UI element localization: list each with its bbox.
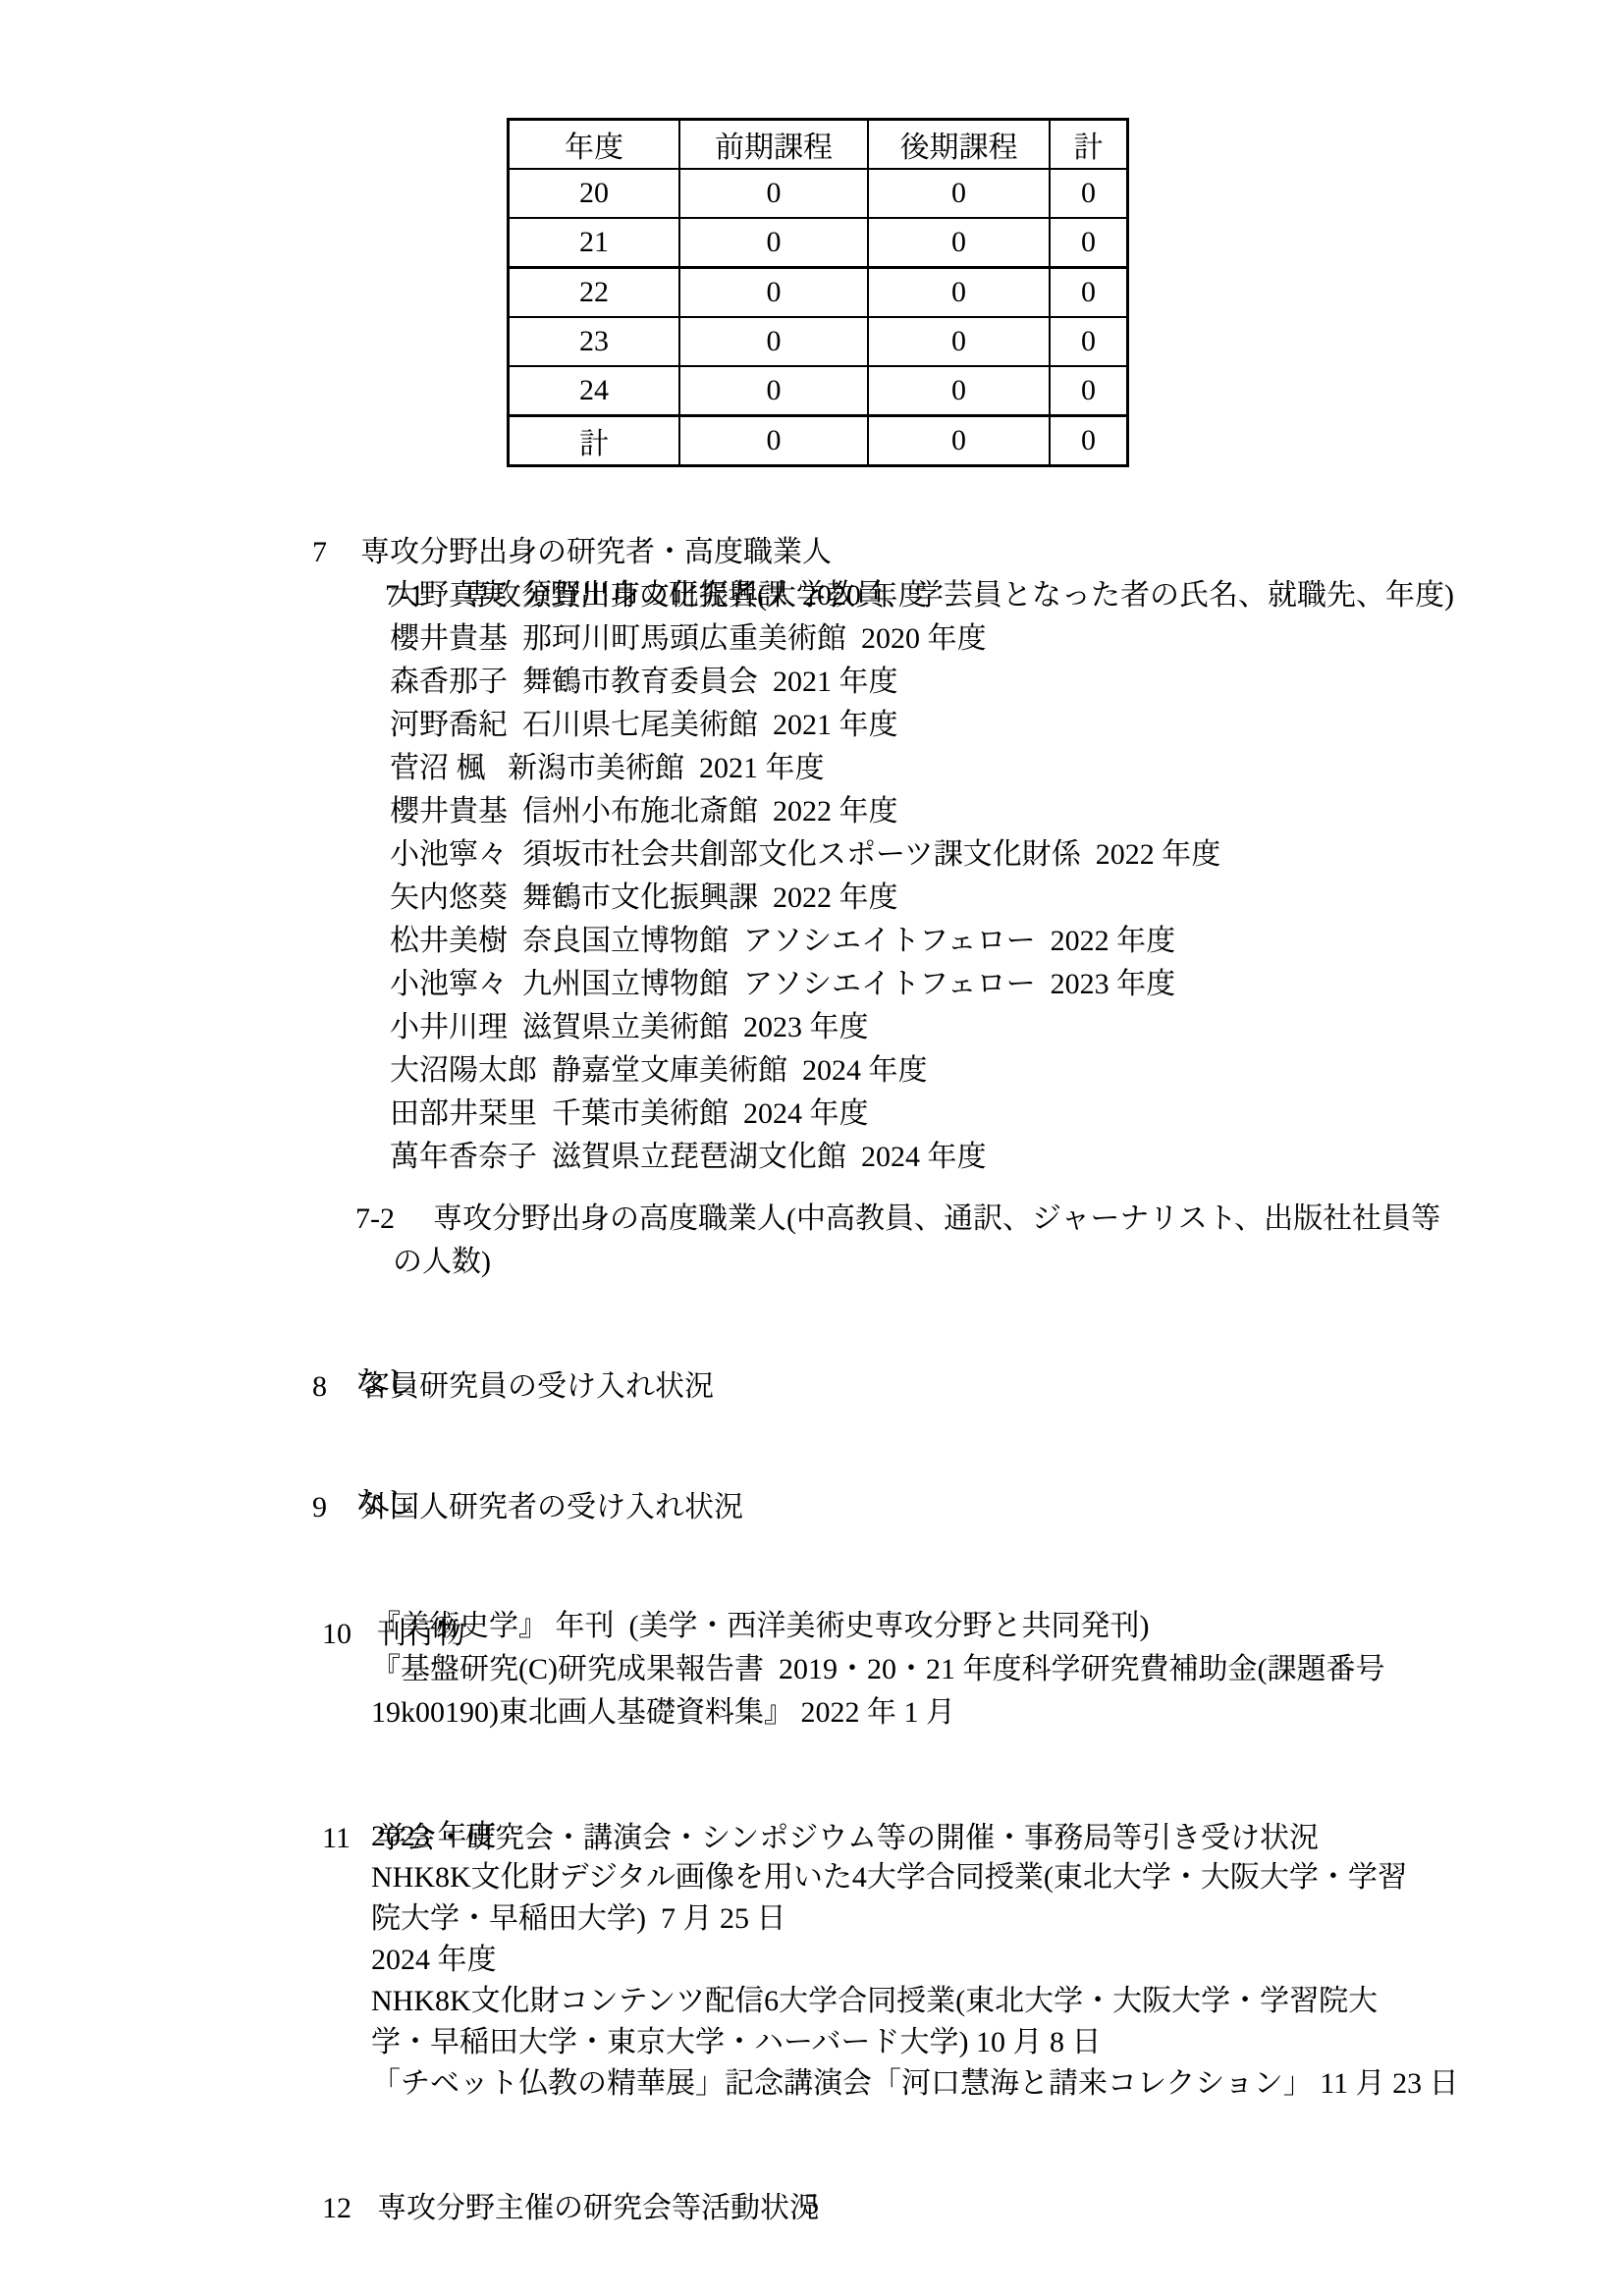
- table-row: 20 0 0 0: [509, 169, 1128, 218]
- section-9-body: なし: [355, 1482, 414, 1525]
- subsection-line: 7-2専攻分野出身の高度職業人(中高教員、通訳、ジャーナリスト、出版社社員等: [355, 1198, 1440, 1241]
- table-row: 23 0 0 0: [509, 317, 1128, 366]
- second-cell: 0: [868, 169, 1050, 218]
- publication-line: 『美術史学』 年刊 (美学・西洋美術史専攻分野と共同発刊): [371, 1605, 1384, 1648]
- researcher-item: 大沼陽太郎 静嘉堂文庫美術館 2024 年度: [390, 1049, 1220, 1093]
- year-cell: 24: [509, 366, 680, 416]
- researcher-item: 小池寧々 九州国立博物館 アソシエイトフェロー 2023 年度: [390, 963, 1220, 1006]
- researcher-item: 小池寧々 須坂市社会共創部文化スポーツ課文化財係 2022 年度: [390, 833, 1220, 877]
- total-cell: 0: [1050, 366, 1128, 416]
- researcher-item: 森香那子 舞鶴市教育委員会 2021 年度: [390, 661, 1220, 704]
- researcher-item: 矢内悠葵 舞鶴市文化振興課 2022 年度: [390, 877, 1220, 920]
- first-cell: 0: [679, 268, 868, 318]
- section-number: 8: [312, 1365, 360, 1409]
- event-list: 2023 年度 NHK8K文化財デジタル画像を用いた4大学合同授業(東北大学・大…: [371, 1816, 1459, 2105]
- second-cell: 0: [868, 366, 1050, 416]
- first-cell: 0: [679, 218, 868, 268]
- section-title: 外国人研究者の受け入れ状況: [360, 1491, 743, 1523]
- first-cell: 0: [679, 366, 868, 416]
- table-row: 21 0 0 0: [509, 218, 1128, 268]
- event-line: 学・早稲田大学・東京大学・ハーバード大学) 10 月 8 日: [371, 2022, 1459, 2063]
- total-cell: 0: [1050, 317, 1128, 366]
- subsection-line-wrap: の人数): [393, 1241, 1440, 1284]
- section-9-heading: 9外国人研究者の受け入れ状況: [283, 1443, 743, 1573]
- publication-list: 『美術史学』 年刊 (美学・西洋美術史専攻分野と共同発刊) 『基盤研究(C)研究…: [371, 1605, 1384, 1735]
- section-8-body: なし: [355, 1362, 414, 1405]
- subsection-title: 専攻分野出身の高度職業人(中高教員、通訳、ジャーナリスト、出版社社員等: [433, 1202, 1440, 1235]
- researcher-item: 萬年香奈子 滋賀県立琵琶湖文化館 2024 年度: [390, 1136, 1220, 1179]
- section-number: 10: [322, 1613, 377, 1656]
- first-cell: 0: [679, 416, 868, 466]
- table-total-row: 計 0 0 0: [509, 416, 1128, 466]
- table-header-year: 年度: [509, 120, 680, 170]
- second-cell: 0: [868, 416, 1050, 466]
- total-cell: 0: [1050, 169, 1128, 218]
- subsection-number: 7-2: [355, 1198, 433, 1241]
- year-cell: 22: [509, 268, 680, 318]
- document-page: 年度 前期課程 後期課程 計 20 0 0 0 21 0 0 0 22 0 0 …: [0, 0, 1623, 2296]
- researcher-item: 松井美樹 奈良国立博物館 アソシエイトフェロー 2022 年度: [390, 920, 1220, 963]
- second-cell: 0: [868, 218, 1050, 268]
- first-cell: 0: [679, 317, 868, 366]
- publication-line: 『基盤研究(C)研究成果報告書 2019・20・21 年度科学研究費補助金(課題…: [371, 1648, 1384, 1691]
- researcher-item: 櫻井貴基 那珂川町馬頭広重美術館 2020 年度: [390, 617, 1220, 661]
- researcher-item: 大野真実 須賀川市文化振興課 2020 年度: [390, 574, 1220, 617]
- section-number: 7: [312, 531, 360, 574]
- researcher-item: 田部井栞里 千葉市美術館 2024 年度: [390, 1093, 1220, 1136]
- year-cell: 21: [509, 218, 680, 268]
- section-number: 9: [312, 1486, 360, 1529]
- year-cell: 23: [509, 317, 680, 366]
- publication-line: 19k00190)東北画人基礎資料集』 2022 年 1 月: [371, 1691, 1384, 1735]
- second-cell: 0: [868, 268, 1050, 318]
- table-row: 22 0 0 0: [509, 268, 1128, 318]
- section-7-2-heading: 7-2専攻分野出身の高度職業人(中高教員、通訳、ジャーナリスト、出版社社員等 の…: [355, 1198, 1440, 1284]
- total-cell: 0: [1050, 268, 1128, 318]
- total-cell: 0: [1050, 416, 1128, 466]
- researcher-item: 櫻井貴基 信州小布施北斎館 2022 年度: [390, 790, 1220, 833]
- researcher-item: 菅沼 楓 新潟市美術館 2021 年度: [390, 747, 1220, 790]
- table-header-row: 年度 前期課程 後期課程 計: [509, 120, 1128, 170]
- enrollment-table: 年度 前期課程 後期課程 計 20 0 0 0 21 0 0 0 22 0 0 …: [507, 118, 1129, 467]
- table-header-total: 計: [1050, 120, 1128, 170]
- researcher-item: 小井川理 滋賀県立美術館 2023 年度: [390, 1006, 1220, 1049]
- event-line: 院大学・早稲田大学) 7 月 25 日: [371, 1898, 1459, 1940]
- researcher-item: 河野喬紀 石川県七尾美術館 2021 年度: [390, 704, 1220, 747]
- year-cell: 計: [509, 416, 680, 466]
- year-cell: 20: [509, 169, 680, 218]
- table-header-second-course: 後期課程: [868, 120, 1050, 170]
- section-8-heading: 8客員研究員の受け入れ状況: [283, 1322, 714, 1452]
- section-number: 11: [322, 1817, 377, 1860]
- first-cell: 0: [679, 169, 868, 218]
- event-line: 2024 年度: [371, 1940, 1459, 1981]
- page-number: 5: [0, 2183, 1623, 2226]
- total-cell: 0: [1050, 218, 1128, 268]
- table-row: 24 0 0 0: [509, 366, 1128, 416]
- event-line: 2023 年度: [371, 1816, 1459, 1857]
- table-header-first-course: 前期課程: [679, 120, 868, 170]
- event-line: NHK8K文化財デジタル画像を用いた4大学合同授業(東北大学・大阪大学・学習: [371, 1857, 1459, 1898]
- second-cell: 0: [868, 317, 1050, 366]
- researcher-list: 大野真実 須賀川市文化振興課 2020 年度 櫻井貴基 那珂川町馬頭広重美術館 …: [390, 574, 1220, 1179]
- event-line: 「チベット仏教の精華展」記念講演会「河口慧海と請来コレクション」 11 月 23…: [371, 2063, 1459, 2105]
- event-line: NHK8K文化財コンテンツ配信6大学合同授業(東北大学・大阪大学・学習院大: [371, 1981, 1459, 2022]
